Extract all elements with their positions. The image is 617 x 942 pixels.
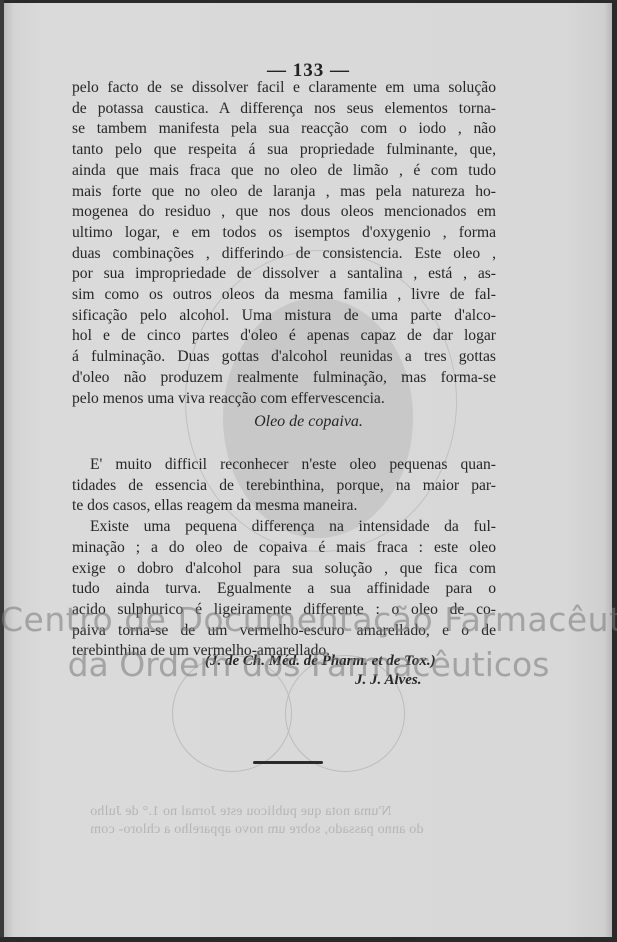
- text-line: tidades de essencia de terebinthina, por…: [72, 476, 496, 497]
- text-line: se tambem manifesta pela sua reacção com…: [72, 119, 496, 140]
- text-line: Existe uma pequena differença na intensi…: [72, 517, 496, 538]
- text-line: sificação pelo alcohol. Uma mistura de u…: [72, 306, 496, 327]
- text-line: pelo menos uma viva reacção com efferves…: [72, 389, 496, 410]
- text-line: hol e de cinco partes d'oleo é apenas ca…: [72, 326, 496, 347]
- section-divider: [253, 761, 323, 764]
- section-heading: Oleo de copaiva.: [0, 413, 617, 431]
- text-line: tudo ainda turva. Egualmente a sua affin…: [72, 579, 496, 600]
- watermark-line-2: da Ordem dos Farmacêuticos: [0, 645, 617, 684]
- text-line: E' muito difficil reconhecer n'este oleo…: [72, 455, 496, 476]
- watermark-line-1: Centro de Documentação Farmacêutica: [0, 600, 617, 639]
- text-line: mais forte que no oleo de laranja , mas …: [72, 182, 496, 203]
- text-line: mogenea do residuo , que nos dous oleos …: [72, 202, 496, 223]
- scan-edge-bottom: [0, 937, 617, 942]
- text-line: duas combinações , differindo de consist…: [72, 244, 496, 265]
- text-line: á fulminação. Duas gottas d'alcohol reun…: [72, 347, 496, 368]
- text-line: te dos casos, ellas reagem da mesma mane…: [72, 496, 496, 517]
- text-line: de potassa caustica. A differença nos se…: [72, 99, 496, 120]
- text-line: ainda que mais fraca que no oleo de limã…: [72, 161, 496, 182]
- bleed-through-line: N'uma nota que publicou este Jornal no 1…: [90, 804, 391, 820]
- paragraph-1: pelo facto de se dissolver facil e clara…: [72, 78, 496, 409]
- text-line: ultimo logar, e em todos os isemptos d'o…: [72, 223, 496, 244]
- text-line: tanto pelo que respeita á sua propriedad…: [72, 140, 496, 161]
- text-line: sim como os outros oleos da mesma famili…: [72, 285, 496, 306]
- text-line: minação ; a do oleo de copaiva é mais fr…: [72, 538, 496, 559]
- text-line: d'oleo não produzem realmente fulminação…: [72, 368, 496, 389]
- text-line: por sua impropriedade de dissolver a san…: [72, 264, 496, 285]
- text-line: pelo facto de se dissolver facil e clara…: [72, 78, 496, 99]
- bleed-through-line: do anno passado, sobre um novo apparelho…: [90, 822, 424, 838]
- text-line: exige o dobro d'alcohol para sua solução…: [72, 559, 496, 580]
